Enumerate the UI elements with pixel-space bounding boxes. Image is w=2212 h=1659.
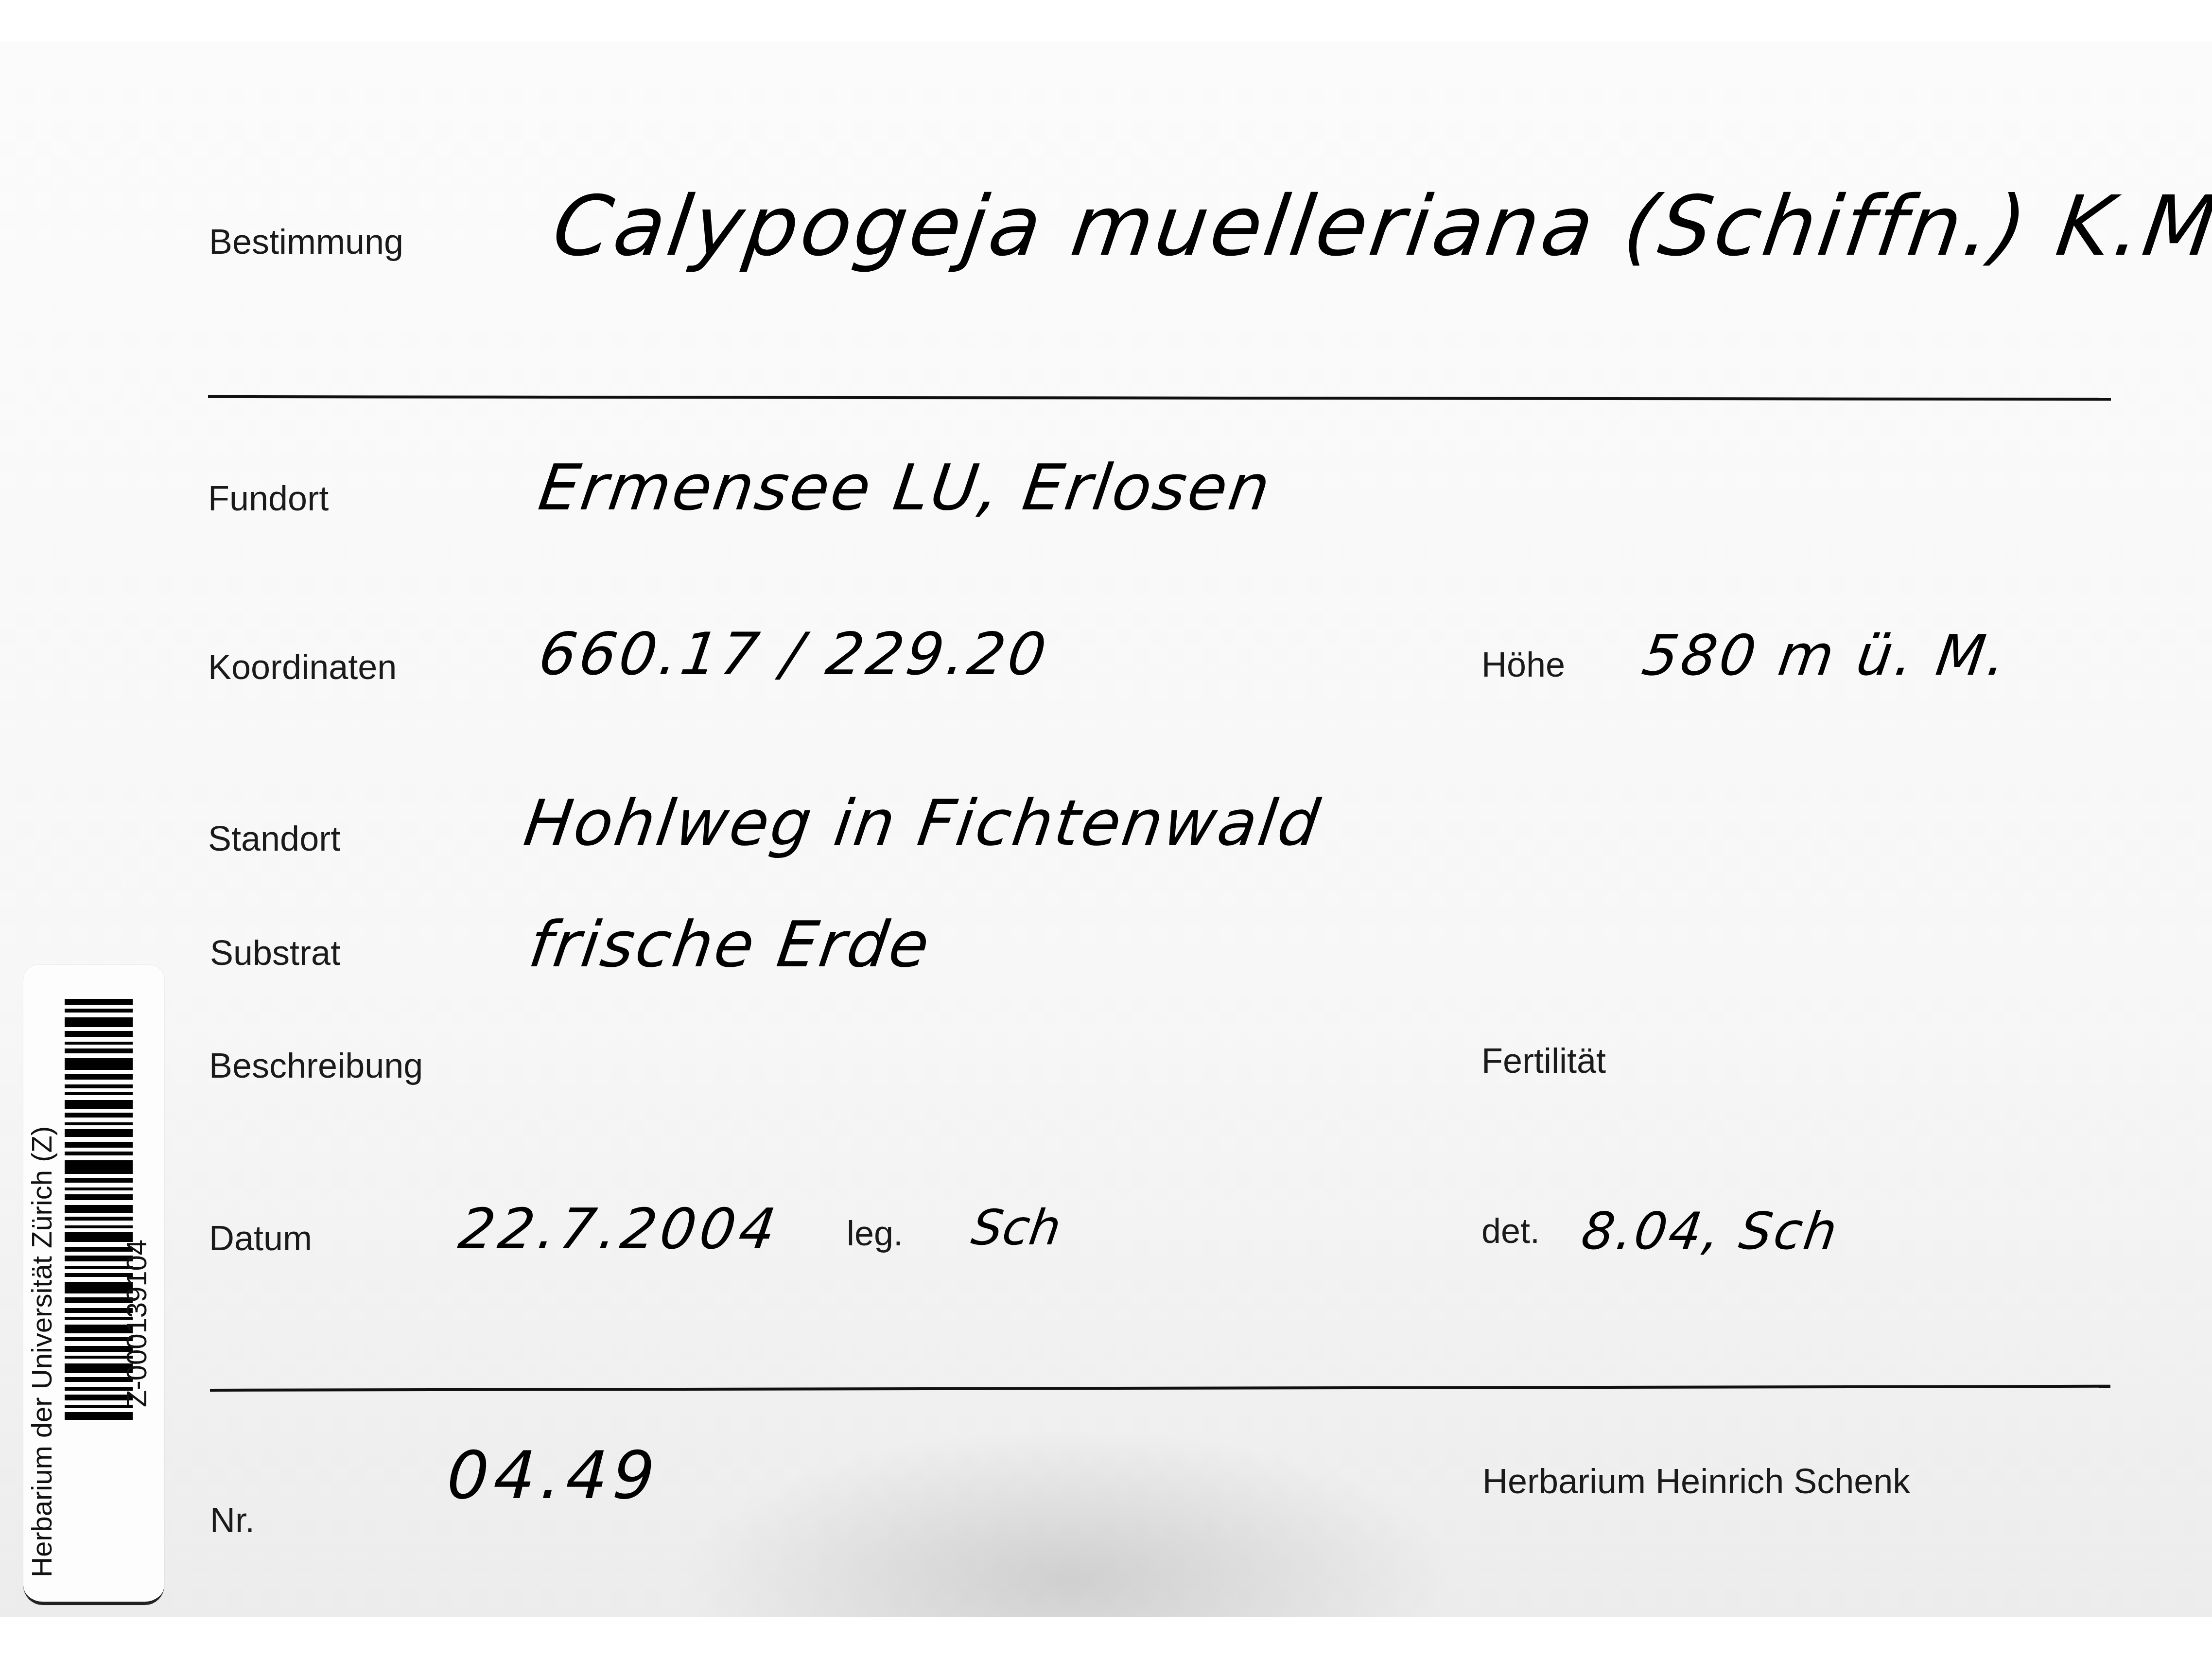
barcode-tag: Herbarium der Universität Zürich (Z) Z-0…	[23, 965, 164, 1605]
field-label-beschreibung: Beschreibung	[209, 1046, 423, 1086]
field-label-bestimmung: Bestimmung	[209, 222, 403, 262]
field-value-nr: 04.49	[445, 1437, 662, 1514]
field-value-bestimmung: Calypogeja muelleriana (Schiffn.) K.Müll…	[547, 178, 2212, 275]
divider-bottom	[210, 1385, 2110, 1392]
field-value-fundort: Ermensee LU, Erlosen	[534, 451, 1276, 524]
herbarium-label-card: Bestimmung Calypogeja muelleriana (Schif…	[0, 42, 2212, 1617]
field-value-hoehe: 580 m ü. M.	[1638, 623, 2013, 688]
field-label-leg: leg.	[847, 1214, 903, 1254]
field-label-datum: Datum	[209, 1219, 312, 1258]
field-label-nr: Nr.	[210, 1501, 255, 1540]
field-label-det: det.	[1481, 1211, 1540, 1251]
field-value-koordinaten: 660.17 / 229.20	[535, 621, 1053, 688]
field-value-det: 8.04, Sch	[1578, 1202, 1843, 1261]
field-value-datum: 22.7.2004	[455, 1197, 784, 1262]
field-label-fundort: Fundort	[208, 479, 329, 519]
field-value-standort: Hohlweg in Fichtenwald	[520, 786, 1325, 860]
field-label-koordinaten: Koordinaten	[208, 647, 397, 687]
field-label-standort: Standort	[208, 819, 340, 859]
field-label-substrat: Substrat	[210, 933, 340, 973]
footer-institution: Herbarium Heinrich Schenk	[1482, 1462, 1910, 1502]
divider-top	[208, 395, 2111, 401]
field-label-hoehe: Höhe	[1481, 645, 1565, 685]
field-value-substrat: frische Erde	[524, 908, 936, 981]
field-value-leg: Sch	[968, 1199, 1064, 1256]
barcode-institution: Herbarium der Universität Zürich (Z)	[26, 1126, 58, 1577]
barcode-catalog-number: Z-000139104	[121, 1240, 153, 1407]
field-label-fertilitaet: Fertilität	[1481, 1041, 1606, 1081]
